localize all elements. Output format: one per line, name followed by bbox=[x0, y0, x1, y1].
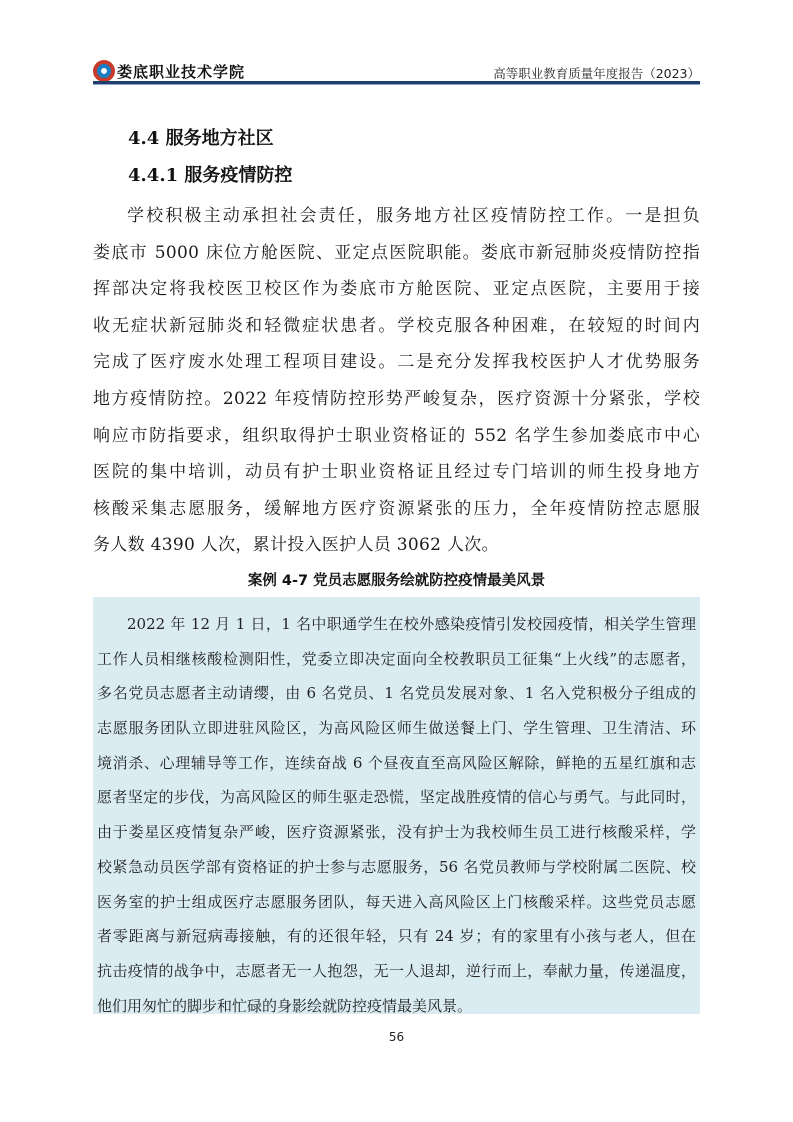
case-line: 多名党员志愿者主动请缨，由 6 名党员、1 名党员发展对象、1 名入党积极分子组… bbox=[97, 676, 696, 711]
body-line: 医院的集中培训，动员有护士职业资格证且经过专门培训的师生投身地方 bbox=[93, 454, 700, 491]
case-line: 志愿服务团队立即进驻风险区，为高风险区师生做送餐上门、学生管理、卫生清洁、环 bbox=[97, 711, 696, 746]
body-line: 娄底市 5000 床位方舱医院、亚定点医院职能。娄底市新冠肺炎疫情防控指 bbox=[93, 235, 700, 272]
body-line: 完成了医疗废水处理工程项目建设。二是充分发挥我校医护人才优势服务 bbox=[93, 344, 700, 381]
page-header: 娄底职业技术学院 高等职业教育质量年度报告（2023） bbox=[93, 52, 700, 84]
school-name: 娄底职业技术学院 bbox=[117, 61, 245, 82]
section-heading: 4.4 服务地方社区 bbox=[128, 124, 274, 150]
report-title: 高等职业教育质量年度报告（2023） bbox=[493, 64, 700, 82]
header-divider bbox=[93, 81, 700, 85]
body-line: 地方疫情防控。2022 年疫情防控形势严峻复杂，医疗资源十分紧张，学校 bbox=[93, 381, 700, 418]
body-line: 核酸采集志愿服务，缓解地方医疗资源紧张的压力，全年疫情防控志愿服 bbox=[93, 491, 700, 528]
case-paragraph: 2022 年 12 月 1 日，1 名中职通学生在校外感染疫情引发校园疫情，相关… bbox=[97, 607, 696, 1023]
body-line: 响应市防指要求，组织取得护士职业资格证的 552 名学生参加娄底市中心 bbox=[93, 418, 700, 455]
subsection-heading: 4.4.1 服务疫情防控 bbox=[128, 161, 292, 187]
body-line: 学校积极主动承担社会责任，服务地方社区疫情防控工作。一是担负 bbox=[93, 198, 700, 235]
case-line: 境消杀、心理辅导等工作，连续奋战 6 个昼夜直至高风险区解除，鲜艳的五星红旗和志 bbox=[97, 746, 696, 781]
body-line: 收无症状新冠肺炎和轻微症状患者。学校克服各种困难，在较短的时间内 bbox=[93, 308, 700, 345]
body-line: 务人数 4390 人次，累计投入医护人员 3062 人次。 bbox=[93, 527, 700, 564]
case-line: 者零距离与新冠病毒接触，有的还很年轻，只有 24 岁；有的家里有小孩与老人，但在 bbox=[97, 919, 696, 954]
case-line: 抗击疫情的战争中，志愿者无一人抱怨，无一人退却，逆行而上，奉献力量，传递温度， bbox=[97, 954, 696, 989]
page-number: 56 bbox=[0, 1030, 793, 1044]
case-box: 2022 年 12 月 1 日，1 名中职通学生在校外感染疫情引发校园疫情，相关… bbox=[93, 597, 700, 1014]
case-line: 2022 年 12 月 1 日，1 名中职通学生在校外感染疫情引发校园疫情，相关… bbox=[97, 607, 696, 642]
body-paragraph: 学校积极主动承担社会责任，服务地方社区疫情防控工作。一是担负 娄底市 5000 … bbox=[93, 198, 700, 564]
case-line: 医务室的护士组成医疗志愿服务团队，每天进入高风险区上门核酸采样。这些党员志愿 bbox=[97, 885, 696, 920]
case-line: 由于娄星区疫情复杂严峻，医疗资源紧张，没有护士为我校师生员工进行核酸采样，学 bbox=[97, 815, 696, 850]
case-line: 校紧急动员医学部有资格证的护士参与志愿服务，56 名党员教师与学校附属二医院、校 bbox=[97, 850, 696, 885]
case-title: 案例 4-7 党员志愿服务绘就防控疫情最美风景 bbox=[93, 569, 700, 590]
school-emblem-icon bbox=[93, 60, 115, 82]
case-line: 愿者坚定的步伐，为高风险区的师生驱走恐慌，坚定战胜疫情的信心与勇气。与此同时， bbox=[97, 780, 696, 815]
case-line: 他们用匆忙的脚步和忙碌的身影绘就防控疫情最美风景。 bbox=[97, 989, 696, 1024]
case-line: 工作人员相继核酸检测阳性，党委立即决定面向全校教职员工征集“上火线”的志愿者， bbox=[97, 642, 696, 677]
body-line: 挥部决定将我校医卫校区作为娄底市方舱医院、亚定点医院，主要用于接 bbox=[93, 271, 700, 308]
